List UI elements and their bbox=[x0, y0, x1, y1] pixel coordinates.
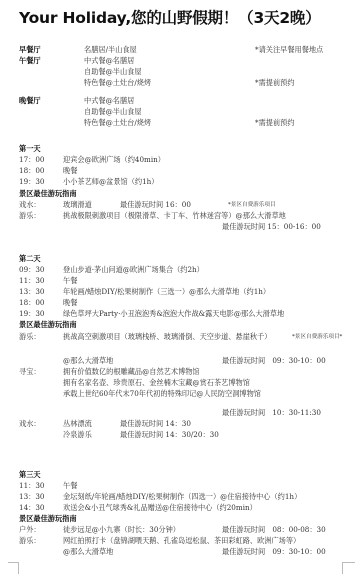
guide-time: 最佳游玩时间 08：00-08：30 bbox=[222, 525, 326, 535]
schedule-activity: 迎宾会@欧洲广场（约40min） bbox=[63, 155, 165, 165]
schedule-time: 13：30 bbox=[19, 492, 44, 502]
breakfast-label: 早餐厅 bbox=[19, 45, 41, 55]
guide-heading: 景区最佳游玩指南 bbox=[19, 514, 77, 524]
guide-item: 挑战极限刺激项目（极限滑草、卡丁车、竹林迷宫等）@那么大滑草地 bbox=[63, 211, 286, 221]
schedule-activity: 金坛刻纸/年轮画/蜡烛DIY/松果树制作（四选一）@住宿接待中心（约1h） bbox=[63, 492, 301, 502]
guide-item: 网红拍照打卡（盘锦湖喂天鹅、孔雀岛逗松鼠、茶田彩虹路、欧洲广场等） bbox=[63, 536, 300, 546]
schedule-activity: 晚餐 bbox=[63, 166, 77, 176]
page-corner-mark bbox=[342, 562, 355, 574]
day1-heading: 第一天 bbox=[19, 144, 41, 154]
schedule-time: 09：30 bbox=[19, 265, 44, 275]
guide-label: 寻宝： bbox=[19, 367, 41, 377]
guide-note: *景区自费游乐项目 bbox=[228, 200, 276, 210]
guide-item: 挑战高空刺激项目（玻璃栈桥、玻璃滑倒、天空步道、悬崖秋千） bbox=[63, 332, 271, 342]
breakfast-item: 名膳居/半山食屋 bbox=[84, 45, 137, 55]
day2-heading: 第二天 bbox=[19, 254, 41, 264]
lunch-label: 午餐厅 bbox=[19, 56, 41, 66]
schedule-activity: 年轮画/蜡烛DIY/松果树制作（三选一）@那么大滑草地（约1h） bbox=[63, 287, 270, 297]
schedule-activity: 午餐 bbox=[63, 276, 77, 286]
page-title: Your Holiday,您的山野假期！（3天2晚） bbox=[19, 6, 321, 28]
schedule-time: 19：30 bbox=[19, 177, 44, 187]
schedule-time: 18：00 bbox=[19, 166, 44, 176]
guide-time: 最佳游玩时间 15：00-16：00 bbox=[222, 222, 321, 232]
schedule-time: 19：30 bbox=[19, 309, 44, 319]
schedule-activity: 午餐 bbox=[63, 481, 77, 491]
lunch-item: 特色餐@土灶台/烧烤 bbox=[84, 78, 151, 88]
guide-time: 最佳游玩时间 10：30-11:30 bbox=[222, 408, 321, 418]
day3-heading: 第三天 bbox=[19, 470, 41, 480]
guide-item: 玻璃滑道 bbox=[63, 200, 92, 210]
page-corner-mark bbox=[8, 562, 19, 574]
guide-time: 最佳游玩时间 16：00 bbox=[120, 200, 191, 210]
schedule-activity: 小小茶艺师@盆景馆（约1h） bbox=[63, 177, 158, 187]
guide-item: 冷泉游乐 bbox=[63, 430, 92, 440]
schedule-activity: 绿色草坪大Party·小丑泡泡秀&泡泡大作战&露天电影@那么大滑草地 bbox=[63, 309, 284, 319]
dinner-label: 晚餐厅 bbox=[19, 96, 41, 106]
guide-heading: 景区最佳游玩指南 bbox=[19, 189, 77, 199]
guide-item: 拥有名家名壶、珍贵原石、金丝楠木宝藏@赏石茶艺博物馆 bbox=[63, 378, 250, 388]
guide-time: 最佳游玩时间 09：30-10：00 bbox=[222, 547, 326, 557]
schedule-activity: 欢送会&小丑气球秀&礼品赠送@住宿接待中心（约20min） bbox=[63, 503, 257, 513]
guide-label: 游乐： bbox=[19, 332, 41, 342]
lunch-item: 中式餐@名膳居 bbox=[84, 56, 134, 66]
guide-item: 拥有价值数亿的根雕藏品@自然艺术博物馆 bbox=[63, 367, 200, 377]
guide-label: 户外： bbox=[19, 525, 41, 535]
schedule-activity: 登山步道·茅山问道@欧洲广场集合（约2h） bbox=[63, 265, 204, 275]
guide-place: @那么大滑草地 bbox=[63, 547, 113, 557]
guide-note: *景区自费游乐项目* bbox=[292, 332, 342, 342]
guide-label: 游乐： bbox=[19, 211, 41, 221]
guide-time: 最佳游玩时间 14：30 bbox=[120, 419, 191, 429]
dinner-item: 特色餐@土灶台/烧烤 bbox=[84, 118, 151, 128]
lunch-item: 自助餐@半山食屋 bbox=[84, 67, 142, 77]
dinner-note: *需提前预约 bbox=[255, 118, 295, 128]
schedule-activity: 晚餐 bbox=[63, 298, 77, 308]
schedule-time: 17：00 bbox=[19, 155, 44, 165]
lunch-note: *需提前预约 bbox=[255, 78, 295, 88]
schedule-time: 11：30 bbox=[19, 276, 44, 286]
dinner-item: 自助餐@半山食屋 bbox=[84, 107, 142, 117]
guide-label: 戏水： bbox=[19, 419, 41, 429]
guide-time: 最佳游玩时间 09：30-10：00 bbox=[222, 356, 326, 366]
breakfast-note: *请关注早餐用餐地点 bbox=[255, 45, 323, 55]
guide-heading: 景区最佳游玩指南 bbox=[19, 320, 77, 330]
guide-label: 游乐： bbox=[19, 536, 41, 546]
dinner-item: 中式餐@名膳居 bbox=[84, 96, 134, 106]
guide-item: 徒步远足@小九寨（时长：30分钟） bbox=[63, 525, 180, 535]
schedule-time: 14：30 bbox=[19, 503, 44, 513]
guide-item: 承载上世纪60年代末70年代初的特殊印记@人民防空洞博物馆 bbox=[63, 389, 261, 399]
schedule-time: 11：30 bbox=[19, 481, 44, 491]
schedule-time: 18：00 bbox=[19, 298, 44, 308]
guide-item: 丛林漂流 bbox=[63, 419, 92, 429]
guide-label: 戏水： bbox=[19, 200, 41, 210]
guide-place: @那么大滑草地 bbox=[63, 356, 113, 366]
guide-time: 最佳游玩时间 14：30/20：30 bbox=[120, 430, 219, 440]
schedule-time: 13：30 bbox=[19, 287, 44, 297]
